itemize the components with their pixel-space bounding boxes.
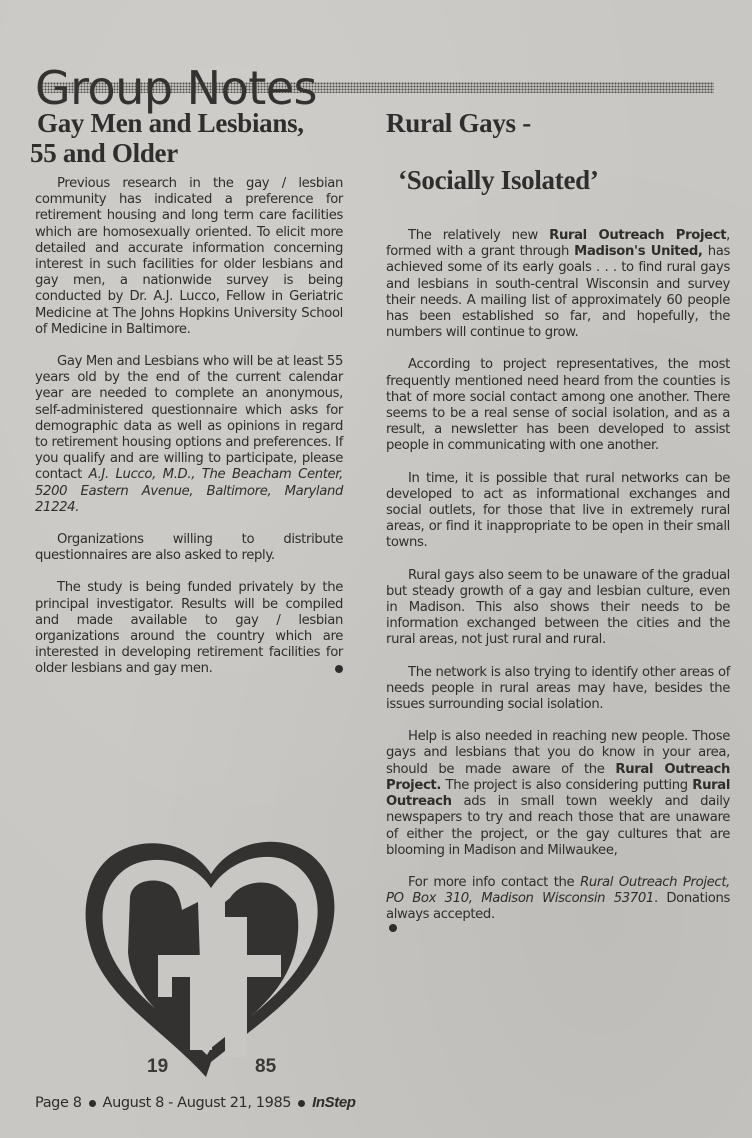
text-run: The relatively new bbox=[408, 228, 549, 243]
article-rural-gays: Rural Gays - ‘Socially Isolated’ The rel… bbox=[386, 108, 730, 195]
paragraph: Organizations willing to distribute ques… bbox=[35, 532, 343, 564]
headline-line-2: ‘Socially Isolated’ bbox=[398, 165, 730, 195]
article-body: The relatively new Rural Outreach Projec… bbox=[386, 228, 730, 932]
contact-address: A.J. Lucco, M.D., The Beacham Center, 52… bbox=[35, 467, 343, 514]
paragraph: Help is also needed in reaching new peop… bbox=[386, 729, 730, 859]
heart-gf-logo-icon: 19 85 bbox=[80, 822, 342, 1084]
article-headline: Gay Men and Lesbians, 55 and Older bbox=[35, 108, 343, 168]
issue-dates: August 8 - August 21, 1985 bbox=[103, 1095, 292, 1111]
paragraph: The network is also trying to identify o… bbox=[386, 665, 730, 714]
paragraph: According to project representatives, th… bbox=[386, 357, 730, 454]
publication-name: InStep bbox=[312, 1094, 355, 1111]
paragraph: The study is being funded privately by t… bbox=[35, 580, 343, 677]
end-bullet-icon bbox=[335, 665, 343, 673]
bullet-separator-icon bbox=[298, 1100, 305, 1107]
org-name: Madison's United, bbox=[574, 244, 702, 259]
page-number: Page 8 bbox=[35, 1095, 82, 1111]
headline-line-1: Gay Men and Lesbians, bbox=[37, 108, 304, 138]
article-gay-men-lesbians-55: Gay Men and Lesbians, 55 and Older Previ… bbox=[35, 108, 343, 168]
paragraph: For more info contact the Rural Outreach… bbox=[386, 875, 730, 924]
headline-line-1: Rural Gays - bbox=[386, 108, 531, 138]
heart-logo-svg bbox=[80, 822, 342, 1084]
org-name: Rural Outreach Project bbox=[549, 228, 726, 243]
bullet-separator-icon bbox=[89, 1100, 96, 1107]
paragraph-text: The study is being funded privately by t… bbox=[35, 580, 343, 676]
paragraph: Previous research in the gay / lesbian c… bbox=[35, 176, 343, 338]
paragraph: In time, it is possible that rural netwo… bbox=[386, 471, 730, 552]
newspaper-page: Group Notes Gay Men and Lesbians, 55 and… bbox=[0, 0, 752, 1138]
dotted-rule-divider bbox=[38, 82, 714, 93]
headline-line-2: 55 and Older bbox=[30, 138, 343, 168]
article-body: Previous research in the gay / lesbian c… bbox=[35, 176, 343, 694]
page-footer: Page 8August 8 - August 21, 1985InStep bbox=[35, 1094, 356, 1111]
text-run: For more info contact the bbox=[408, 875, 580, 890]
text-run: The project is also considering putting bbox=[441, 778, 692, 793]
logo-year-right: 85 bbox=[255, 1056, 276, 1078]
paragraph: Gay Men and Lesbians who will be at leas… bbox=[35, 354, 343, 516]
end-bullet-icon bbox=[389, 924, 397, 932]
paragraph: The relatively new Rural Outreach Projec… bbox=[386, 228, 730, 341]
paragraph-text: Gay Men and Lesbians who will be at leas… bbox=[35, 354, 343, 482]
paragraph: Rural gays also seem to be unaware of th… bbox=[386, 568, 730, 649]
article-headline: Rural Gays - ‘Socially Isolated’ bbox=[386, 108, 730, 195]
logo-year-left: 19 bbox=[147, 1056, 168, 1078]
